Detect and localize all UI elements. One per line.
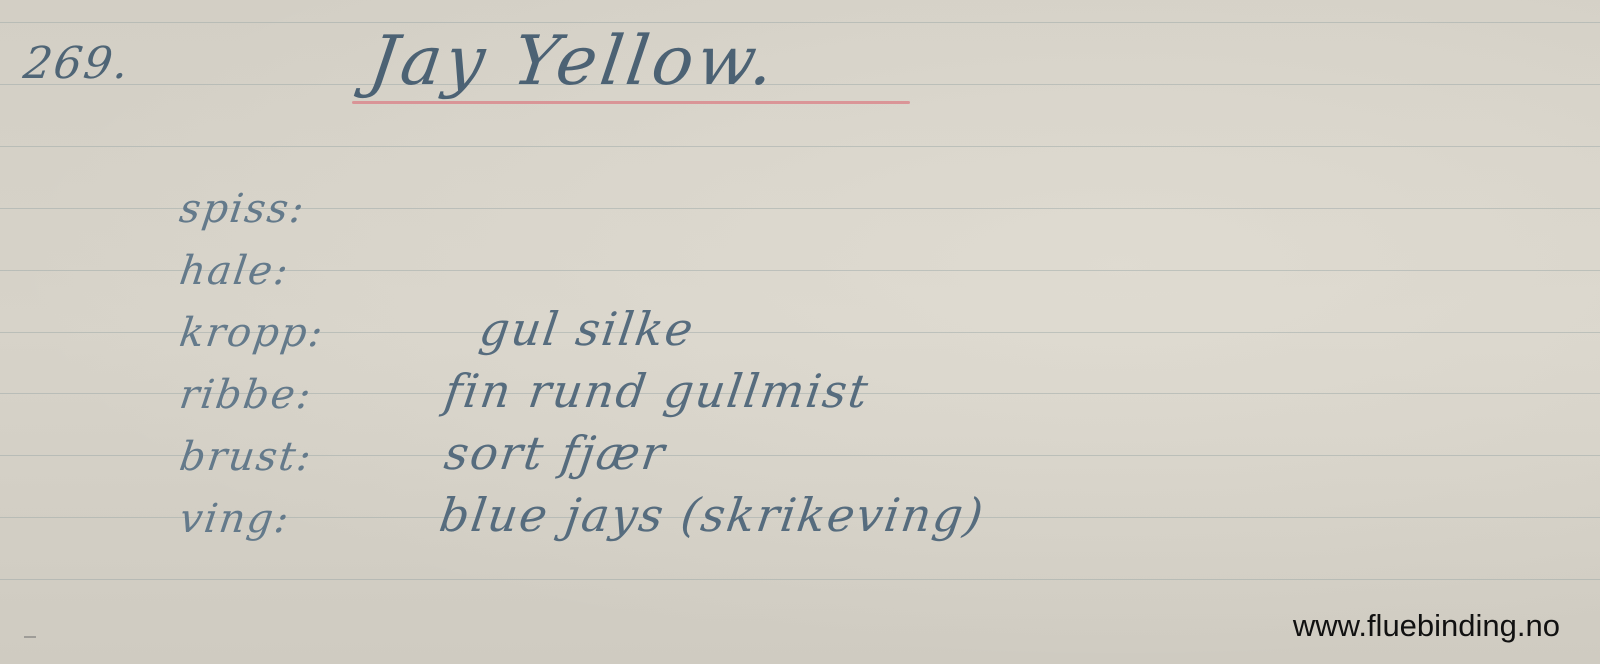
ruled-line xyxy=(0,84,1600,85)
entry-number: 269. xyxy=(20,38,133,89)
field-label-ribbe: ribbe: xyxy=(177,372,316,418)
field-label-hale: hale: xyxy=(177,248,293,294)
field-label-ving: ving: xyxy=(177,496,294,542)
margin-mark xyxy=(24,636,36,638)
field-label-spiss: spiss: xyxy=(177,186,309,232)
ruled-line xyxy=(0,146,1600,147)
ruled-line xyxy=(0,22,1600,23)
fly-pattern-title: Jay Yellow. xyxy=(364,22,782,101)
field-value-ribbe: fin rund gullmist xyxy=(441,364,873,418)
field-value-kropp: gul silke xyxy=(476,302,698,356)
field-label-kropp: kropp: xyxy=(177,310,328,356)
notebook-page: 269. Jay Yellow. spiss: hale: kropp: gul… xyxy=(0,0,1600,664)
title-underline xyxy=(352,101,910,104)
field-value-ving: blue jays (skrikeving) xyxy=(436,488,988,542)
website-watermark: www.fluebinding.no xyxy=(1293,608,1560,644)
field-value-brust: sort fjær xyxy=(441,426,670,480)
ruled-line xyxy=(0,579,1600,580)
field-label-brust: brust: xyxy=(177,434,316,480)
